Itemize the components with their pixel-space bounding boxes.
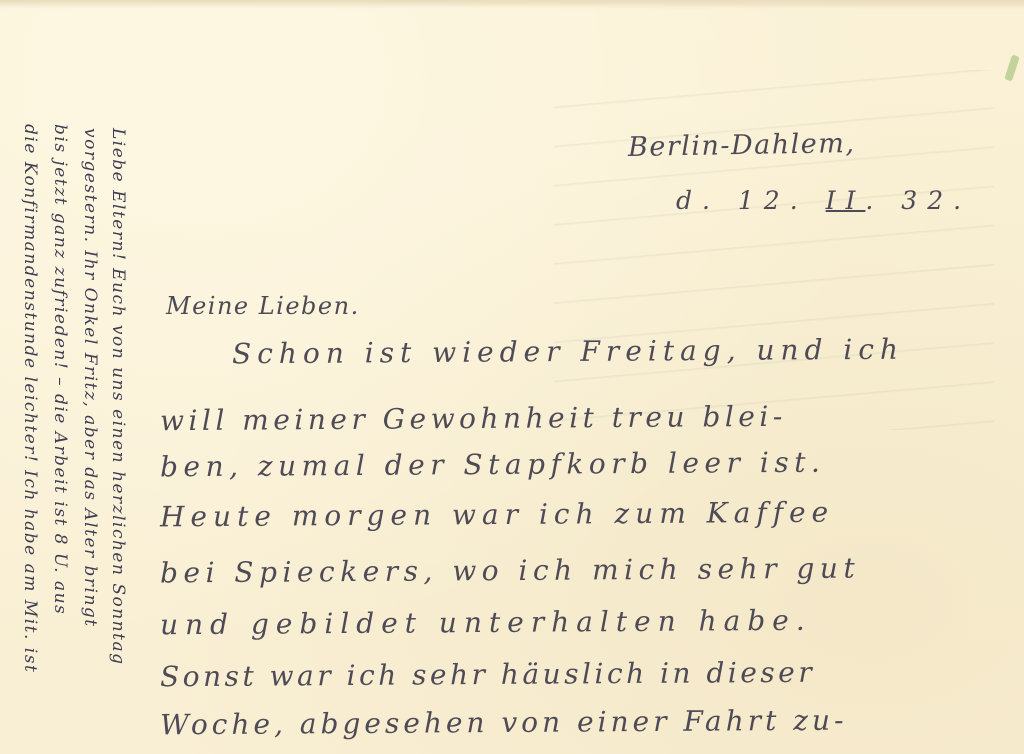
body-line: ben, zumal der Stapfkorb leer ist. <box>160 446 826 484</box>
body-line: Woche, abgesehen von einer Fahrt zu- <box>160 704 848 742</box>
date-year: . 32. <box>865 186 971 215</box>
letter-date: d. 12. II. 32. <box>676 186 971 215</box>
margin-note-line: bis jetzt ganz zufrieden! – die Arbeit i… <box>50 124 70 615</box>
letter-greeting: Meine Lieben. <box>166 292 360 320</box>
body-line: will meiner Gewohnheit treu blei- <box>160 400 787 437</box>
letter-place: Berlin-Dahlem, <box>628 128 856 163</box>
body-line: Schon ist wieder Freitag, und ich <box>232 333 904 371</box>
body-line: Heute morgen war ich zum Kaffee <box>160 496 834 534</box>
body-line: Sonst war ich sehr häuslich in dieser <box>160 656 815 694</box>
margin-note-line: vorgestern. Ihr Onkel Fritz, aber das Al… <box>80 128 100 628</box>
margin-note-line: die Konfirmandenstunde leichter! Ich hab… <box>20 124 40 673</box>
date-prefix: d. <box>676 186 720 215</box>
body-line: und gebildet unterhalten habe. <box>160 604 812 642</box>
body-line: bei Spieckers, wo ich mich sehr gut <box>160 552 860 590</box>
ink-bleed-through <box>554 70 994 430</box>
date-day: 12. <box>738 186 808 215</box>
date-month: II <box>826 186 866 215</box>
paper-top-edge <box>0 0 1024 8</box>
margin-note-line: Liebe Eltern! Euch von uns einen herzlic… <box>108 128 128 665</box>
